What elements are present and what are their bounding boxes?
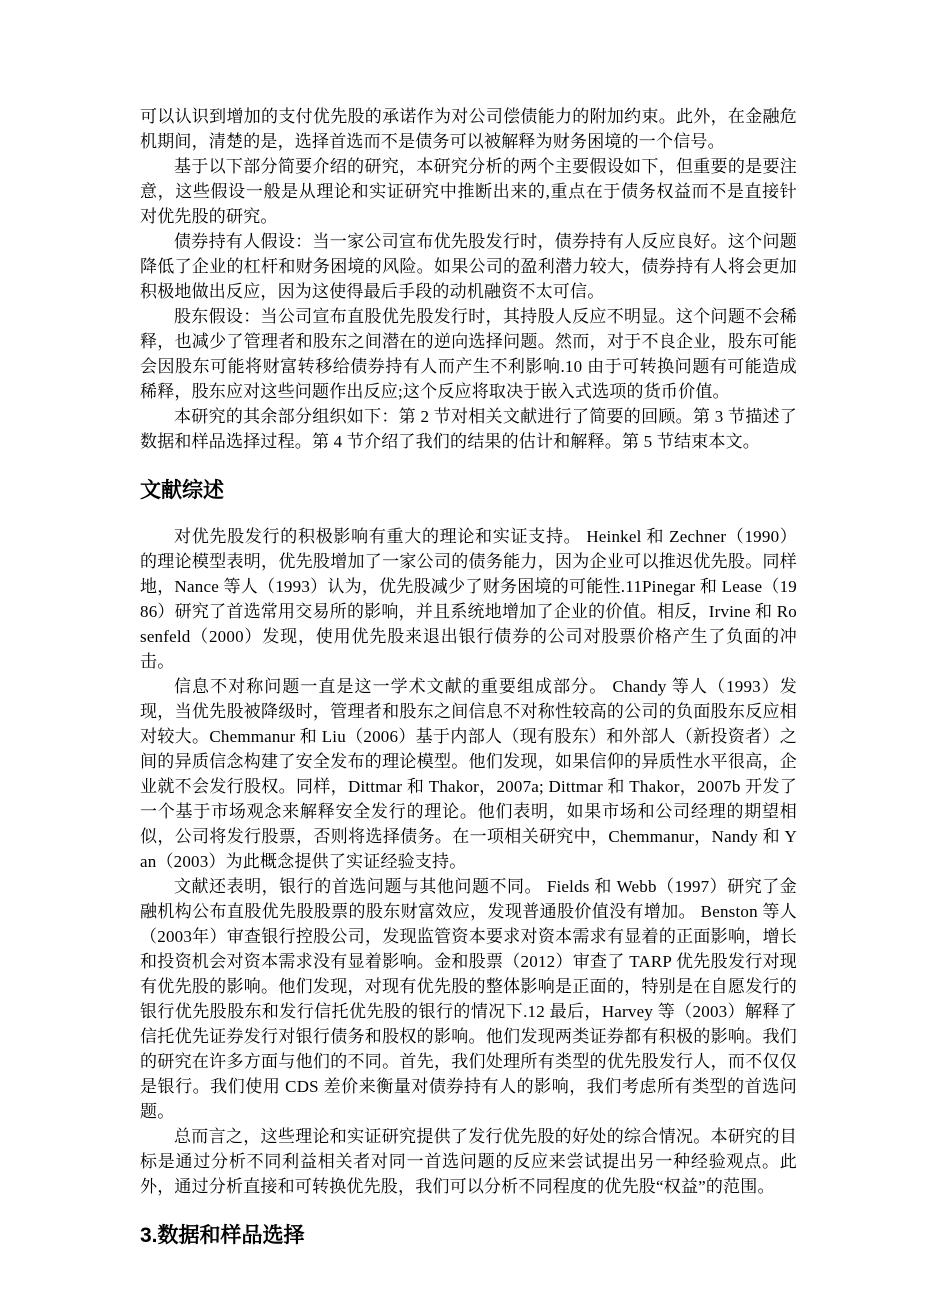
paragraph-information-asymmetry-literature: 信息不对称问题一直是这一学术文献的重要组成部分。 Chandy 等人（1993）… [140, 674, 797, 874]
page-content: 可以认识到增加的支付优先股的承诺作为对公司偿债能力的附加约束。此外，在金融危机期… [140, 104, 797, 1269]
paragraph-bondholder-hypothesis: 债券持有人假设：当一家公司宣布优先股发行时，债券持有人反应良好。这个问题降低了企… [140, 229, 797, 304]
paragraph-hypotheses-intro: 基于以下部分简要介绍的研究，本研究分析的两个主要假设如下，但重要的是要注意，这些… [140, 154, 797, 229]
document-page: 可以认识到增加的支付优先股的承诺作为对公司偿债能力的附加约束。此外，在金融危机期… [0, 0, 926, 1309]
section-heading-data-sample-selection: 3.数据和样品选择 [140, 1221, 797, 1250]
paragraph-positive-effects-literature: 对优先股发行的积极影响有重大的理论和实证支持。 Heinkel 和 Zechne… [140, 524, 797, 674]
paragraph-shareholder-hypothesis: 股东假设：当公司宣布直股优先股发行时，其持股人反应不明显。这个问题不会稀释，也减… [140, 304, 797, 404]
paragraph-bank-preferred-literature: 文献还表明，银行的首选问题与其他问题不同。 Fields 和 Webb（1997… [140, 874, 797, 1124]
paragraph-literature-summary: 总而言之，这些理论和实证研究提供了发行优先股的好处的综合情况。本研究的目标是通过… [140, 1124, 797, 1199]
paragraph-paper-organization: 本研究的其余部分组织如下：第 2 节对相关文献进行了简要的回顾。第 3 节描述了… [140, 404, 797, 454]
section-heading-literature-review: 文献综述 [140, 476, 797, 505]
paragraph-continuation-payment-commitment: 可以认识到增加的支付优先股的承诺作为对公司偿债能力的附加约束。此外，在金融危机期… [140, 104, 797, 154]
